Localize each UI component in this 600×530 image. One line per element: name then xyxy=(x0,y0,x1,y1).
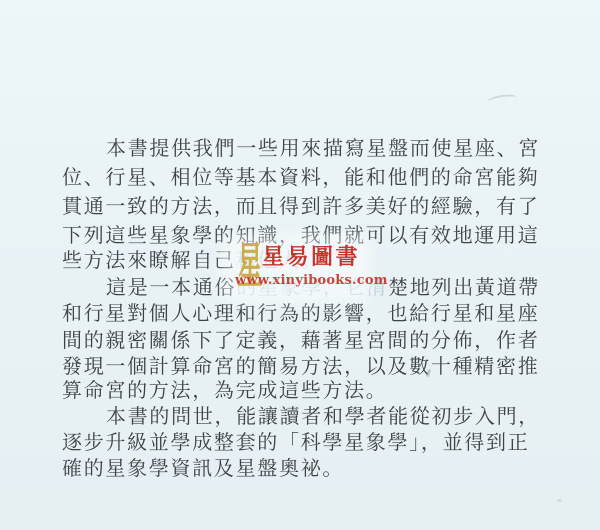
text-segment: 位、行星、相位等基本資料，能和他們的命宮能夠 xyxy=(62,165,539,189)
text-line: 逐步升級並學成整套的「科學星象學」，並得到正 xyxy=(62,431,552,453)
scanned-book-page: 本書提供我們一些用來描寫星盤而使星座、宮 位、行星、相位等基本資料，能和他們的命… xyxy=(0,0,600,530)
text-line: 貫通一致的方法，而且得到許多美好的經驗，有了 xyxy=(62,195,552,217)
text-line: 間的親密關係下了定義，藉著星宮間的分佈，作者 xyxy=(62,329,552,351)
scan-speck xyxy=(557,499,562,502)
text-segment: 和行星對個人心理和行為的影響，也給行星和星座 xyxy=(62,301,539,325)
text-segment: 算命宮的方法，為完成這些方法。 xyxy=(62,378,388,402)
watermark-url-text: www.xinyibooks.com xyxy=(235,273,388,288)
text-line: 本書提供我們一些用來描寫星盤而使星座、宮 xyxy=(62,137,596,159)
watermark-brand-text: 星易圖書 xyxy=(262,245,360,269)
text-line: 確的星象學資訊及星盤奧祕。 xyxy=(62,457,552,479)
text-segment: 些方法來瞭解自己 xyxy=(62,248,236,272)
text-segment: 這是一本通俗 xyxy=(106,275,236,299)
text-line: 位、行星、相位等基本資料，能和他們的命宮能夠 xyxy=(62,166,552,188)
text-segment: 間的親密關係下了定義，藉著星宮間的分佈，作者 xyxy=(62,328,539,352)
text-line: 算命宮的方法，為完成這些方法。 xyxy=(62,379,552,401)
text-segment: 逐步升級並學成整套的「科學星象學」，並得到正 xyxy=(62,430,529,454)
text-line: 發現一個計算命宮的簡易方法，以及數十種精密推 xyxy=(62,355,552,377)
text-segment: 本書的問世，能讓讀者和學者能從初步入門， xyxy=(106,404,540,428)
text-segment: 楚地列出黃道帶 xyxy=(388,275,540,299)
text-segment: 發現一個計算命宮的簡易方法，以及數十種精密推 xyxy=(62,354,539,378)
text-segment: 本書提供我們一些用來描寫星盤而使星座、宮 xyxy=(106,136,540,160)
text-line: 本書的問世，能讓讀者和學者能從初步入門， xyxy=(62,405,596,427)
text-segment: 確的星象學資訊及星盤奧祕。 xyxy=(62,456,344,480)
text-segment: 貫通一致的方法，而且得到許多美好的經驗，有了 xyxy=(62,194,539,218)
text-line: 和行星對個人心理和行為的影響，也給行星和星座 xyxy=(62,302,552,324)
